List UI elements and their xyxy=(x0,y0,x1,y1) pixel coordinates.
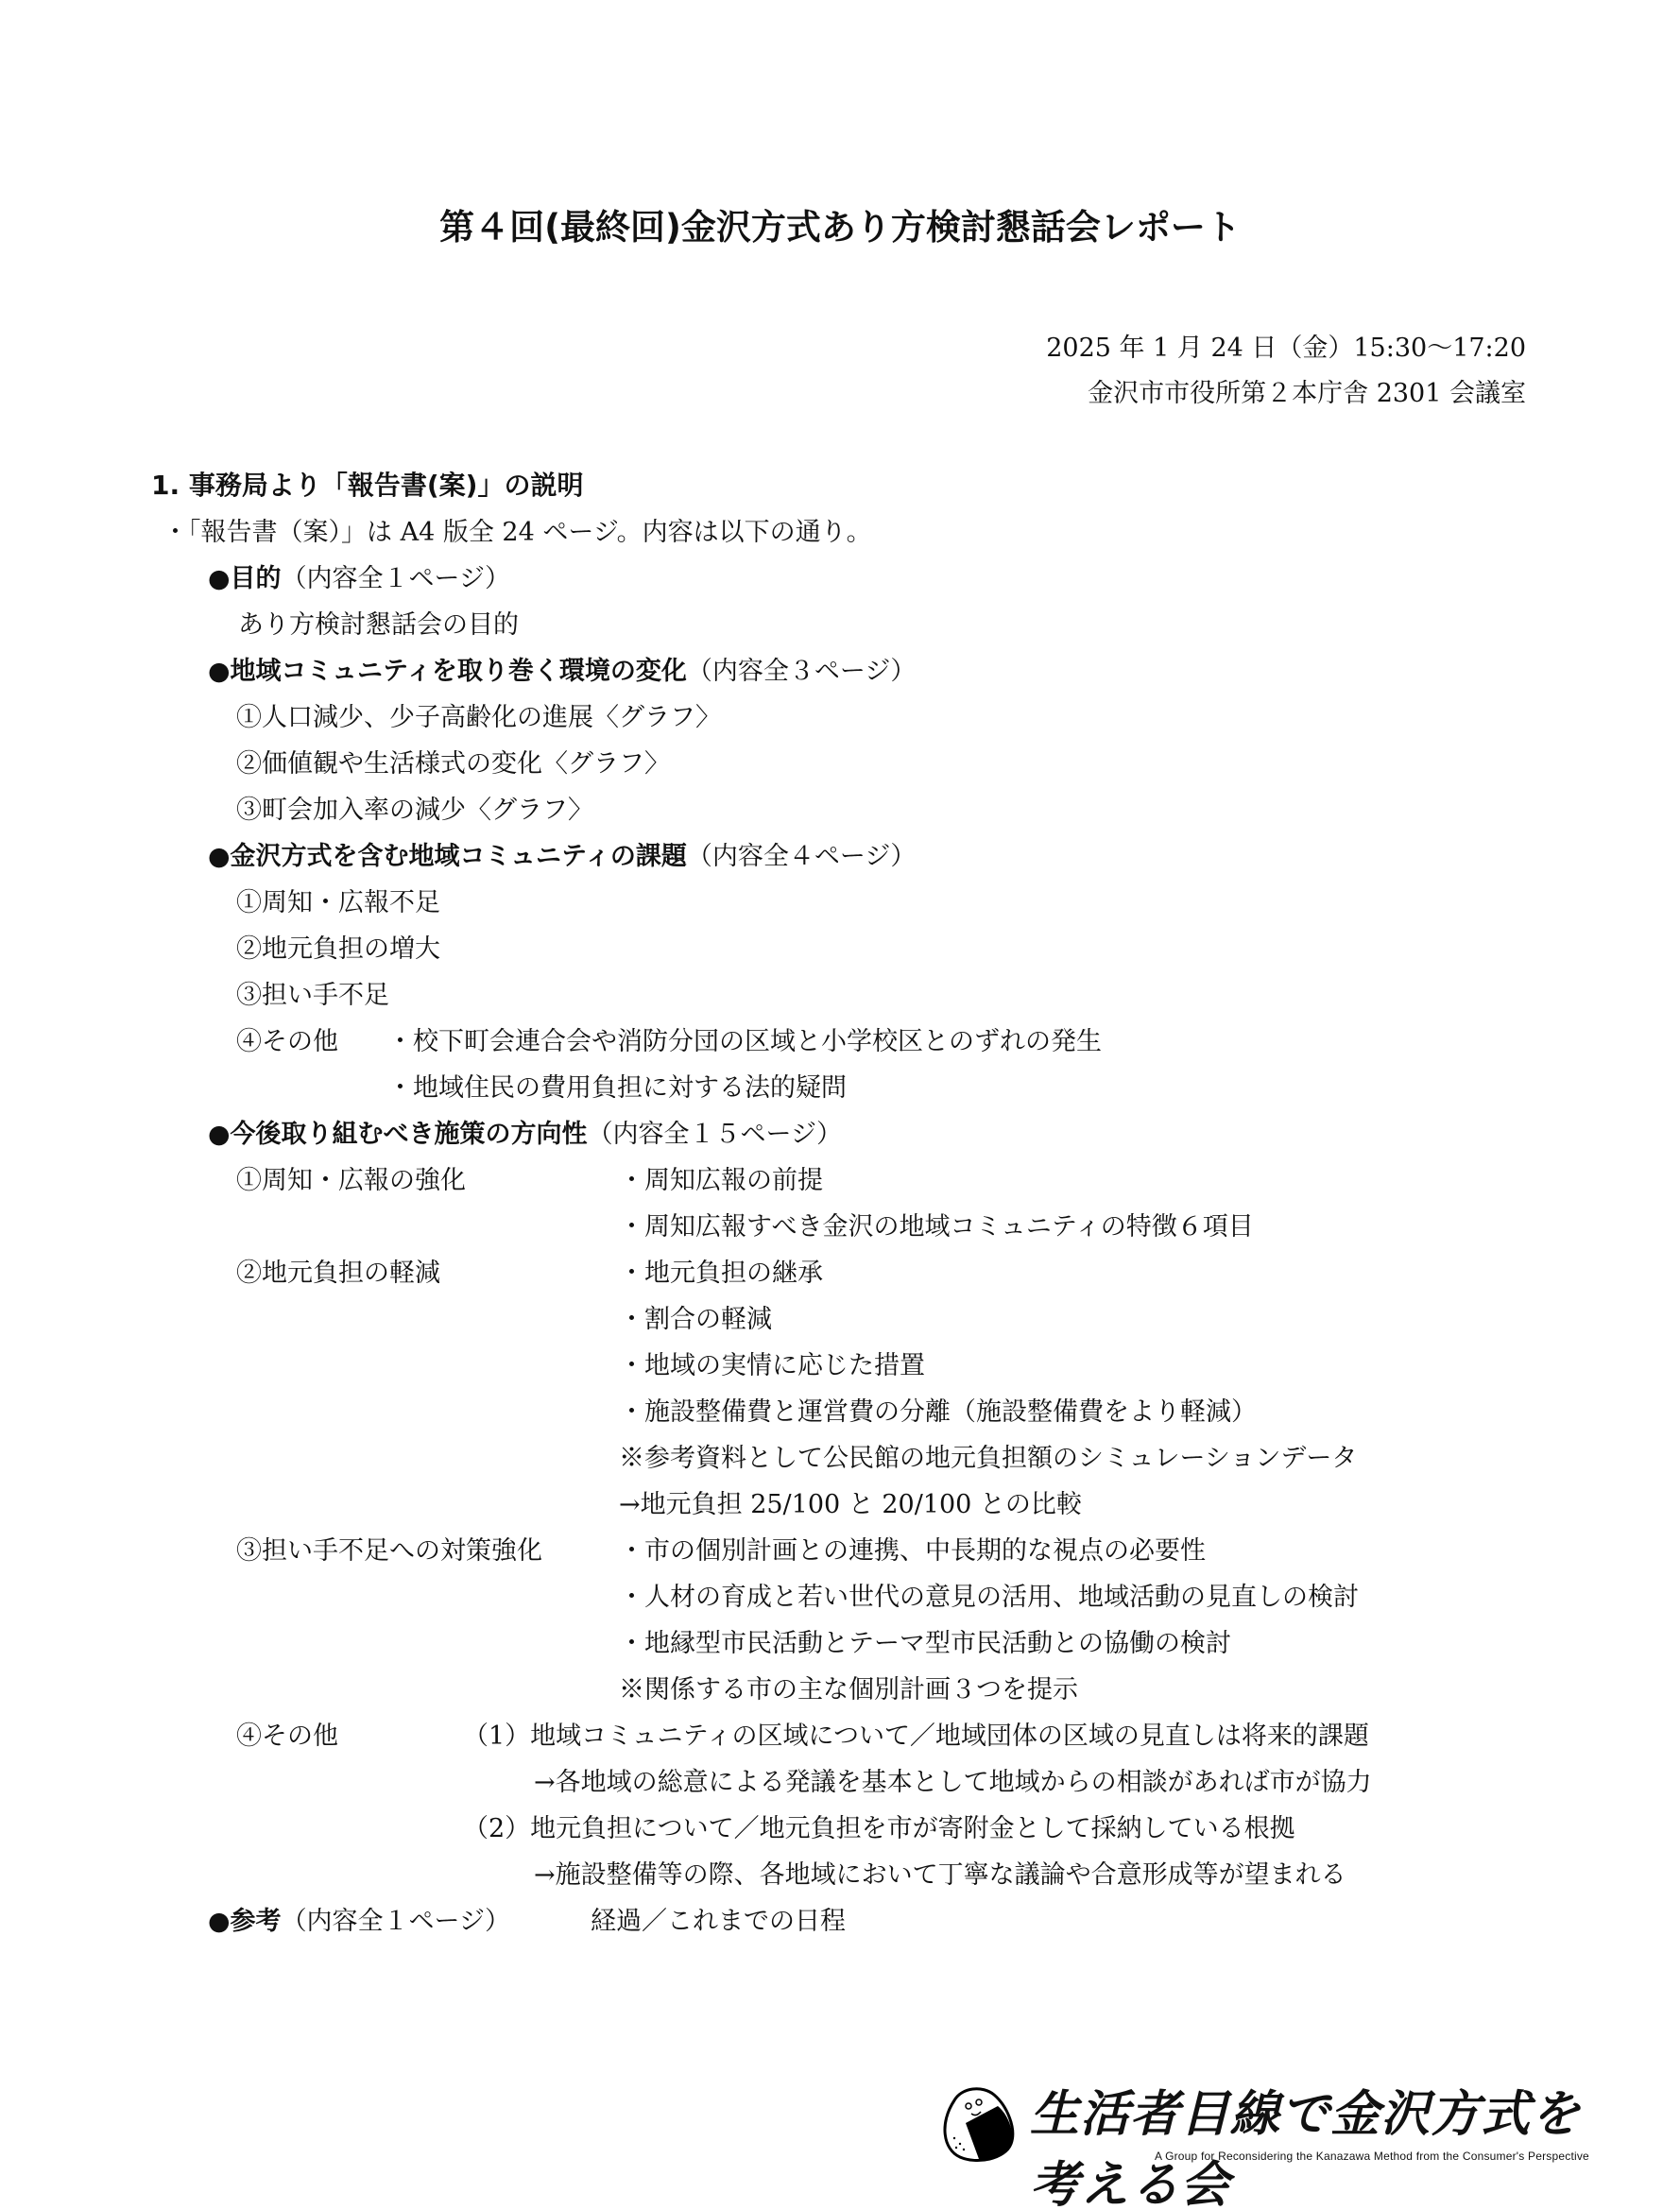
policy-group-item: ・割合の軽減 xyxy=(619,1303,772,1337)
policy-group-item: ・周知広報すべき金沢の地域コミュニティの特徴６項目 xyxy=(619,1210,1254,1244)
environment-item: ②価値観や生活様式の変化〈グラフ〉 xyxy=(236,747,670,781)
onigiri-mascot-icon xyxy=(935,2082,1020,2167)
environment-pages: （内容全３ページ） xyxy=(687,657,916,686)
policy-group-item: （2）地元負担について／地元負担を市が寄附金として採納している根拠 xyxy=(463,1812,1295,1846)
policy-pages: （内容全１５ページ） xyxy=(588,1120,842,1149)
reference-heading: ●参考（内容全１ページ） xyxy=(208,1905,510,1939)
reference-pages: （内容全１ページ） xyxy=(282,1907,510,1936)
purpose-heading: ●目的（内容全１ページ） xyxy=(208,562,510,596)
meeting-date: 2025 年 1 月 24 日（金）15:30～17:20 xyxy=(1046,327,1526,364)
policy-group-label: ④その他 xyxy=(236,1720,338,1754)
policy-group-item: →各地域の総意による発議を基本として地域からの相談があれば市が協力 xyxy=(534,1766,1372,1800)
policy-group-item: ・人材の育成と若い世代の意見の活用、地域活動の見直しの検討 xyxy=(619,1581,1359,1615)
purpose-pages: （内容全１ページ） xyxy=(282,564,510,593)
policy-group-item: ・施設整備費と運営費の分離（施設整備費をより軽減） xyxy=(619,1396,1257,1430)
section-intro: ・「報告書（案）」は A4 版全 24 ページ。内容は以下の通り。 xyxy=(163,516,872,550)
policy-group-item: ・周知広報の前提 xyxy=(619,1164,823,1198)
issues-heading: ●金沢方式を含む地域コミュニティの課題（内容全４ページ） xyxy=(208,840,916,874)
meeting-place: 金沢市市役所第２本庁舎 2301 会議室 xyxy=(1088,372,1526,409)
org-name: 生活者目線で金沢方式を考える会 xyxy=(1030,2074,1597,2210)
policy-group-item: ・地縁型市民活動とテーマ型市民活動との協働の検討 xyxy=(619,1627,1231,1661)
policy-group-item: ・地域の実情に応じた措置 xyxy=(619,1349,925,1383)
org-logo: 生活者目線で金沢方式を考える会 A Group for Reconsiderin… xyxy=(935,2074,1597,2178)
reference-note: 経過／これまでの日程 xyxy=(591,1905,846,1939)
issues-item: ③担い手不足 xyxy=(236,979,389,1013)
policy-group-item: ・市の個別計画との連携、中長期的な視点の必要性 xyxy=(619,1534,1206,1568)
environment-label: ●地域コミュニティを取り巻く環境の変化 xyxy=(208,657,687,686)
purpose-label: ●目的 xyxy=(208,564,282,593)
org-name-en: A Group for Reconsidering the Kanazawa M… xyxy=(1155,2150,1589,2163)
policy-group-label: ①周知・広報の強化 xyxy=(236,1164,466,1198)
issues-other-item: ・地域住民の費用負担に対する法的疑問 xyxy=(387,1071,847,1105)
issues-label: ●金沢方式を含む地域コミュニティの課題 xyxy=(208,842,687,871)
policy-group-item: ・地元負担の継承 xyxy=(619,1257,823,1291)
issues-pages: （内容全４ページ） xyxy=(687,842,916,871)
issues-item: ②地元負担の増大 xyxy=(236,933,440,967)
policy-group-item: （1）地域コミュニティの区域について／地域団体の区域の見直しは将来的課題 xyxy=(463,1720,1369,1754)
policy-group-note: ※参考資料として公民館の地元負担額のシミュレーションデータ xyxy=(619,1442,1357,1476)
policy-group-label: ③担い手不足への対策強化 xyxy=(236,1534,542,1568)
reference-label: ●参考 xyxy=(208,1907,282,1936)
issues-other-item: ・校下町会連合会や消防分団の区域と小学校区とのずれの発生 xyxy=(387,1025,1102,1059)
purpose-item: あり方検討懇話会の目的 xyxy=(238,608,519,642)
policy-group-note: →地元負担 25/100 と 20/100 との比較 xyxy=(619,1488,1082,1522)
policy-group-label: ②地元負担の軽減 xyxy=(236,1257,440,1291)
issues-other-label: ④その他 xyxy=(236,1025,338,1059)
document-title: 第４回(最終回)金沢方式あり方検討懇話会レポート xyxy=(0,198,1680,249)
policy-label: ●今後取り組むべき施策の方向性 xyxy=(208,1120,588,1149)
policy-group-note: ※関係する市の主な個別計画３つを提示 xyxy=(619,1673,1078,1707)
environment-heading: ●地域コミュニティを取り巻く環境の変化（内容全３ページ） xyxy=(208,655,916,689)
policy-heading: ●今後取り組むべき施策の方向性（内容全１５ページ） xyxy=(208,1118,842,1152)
environment-item: ③町会加入率の減少〈グラフ〉 xyxy=(236,794,593,828)
policy-group-item: →施設整備等の際、各地域において丁寧な議論や合意形成等が望まれる xyxy=(534,1859,1346,1893)
issues-item: ①周知・広報不足 xyxy=(236,886,440,920)
environment-item: ①人口減少、少子高齢化の進展〈グラフ〉 xyxy=(236,701,721,735)
section-heading: 1. 事務局より「報告書(案)」の説明 xyxy=(151,469,583,503)
